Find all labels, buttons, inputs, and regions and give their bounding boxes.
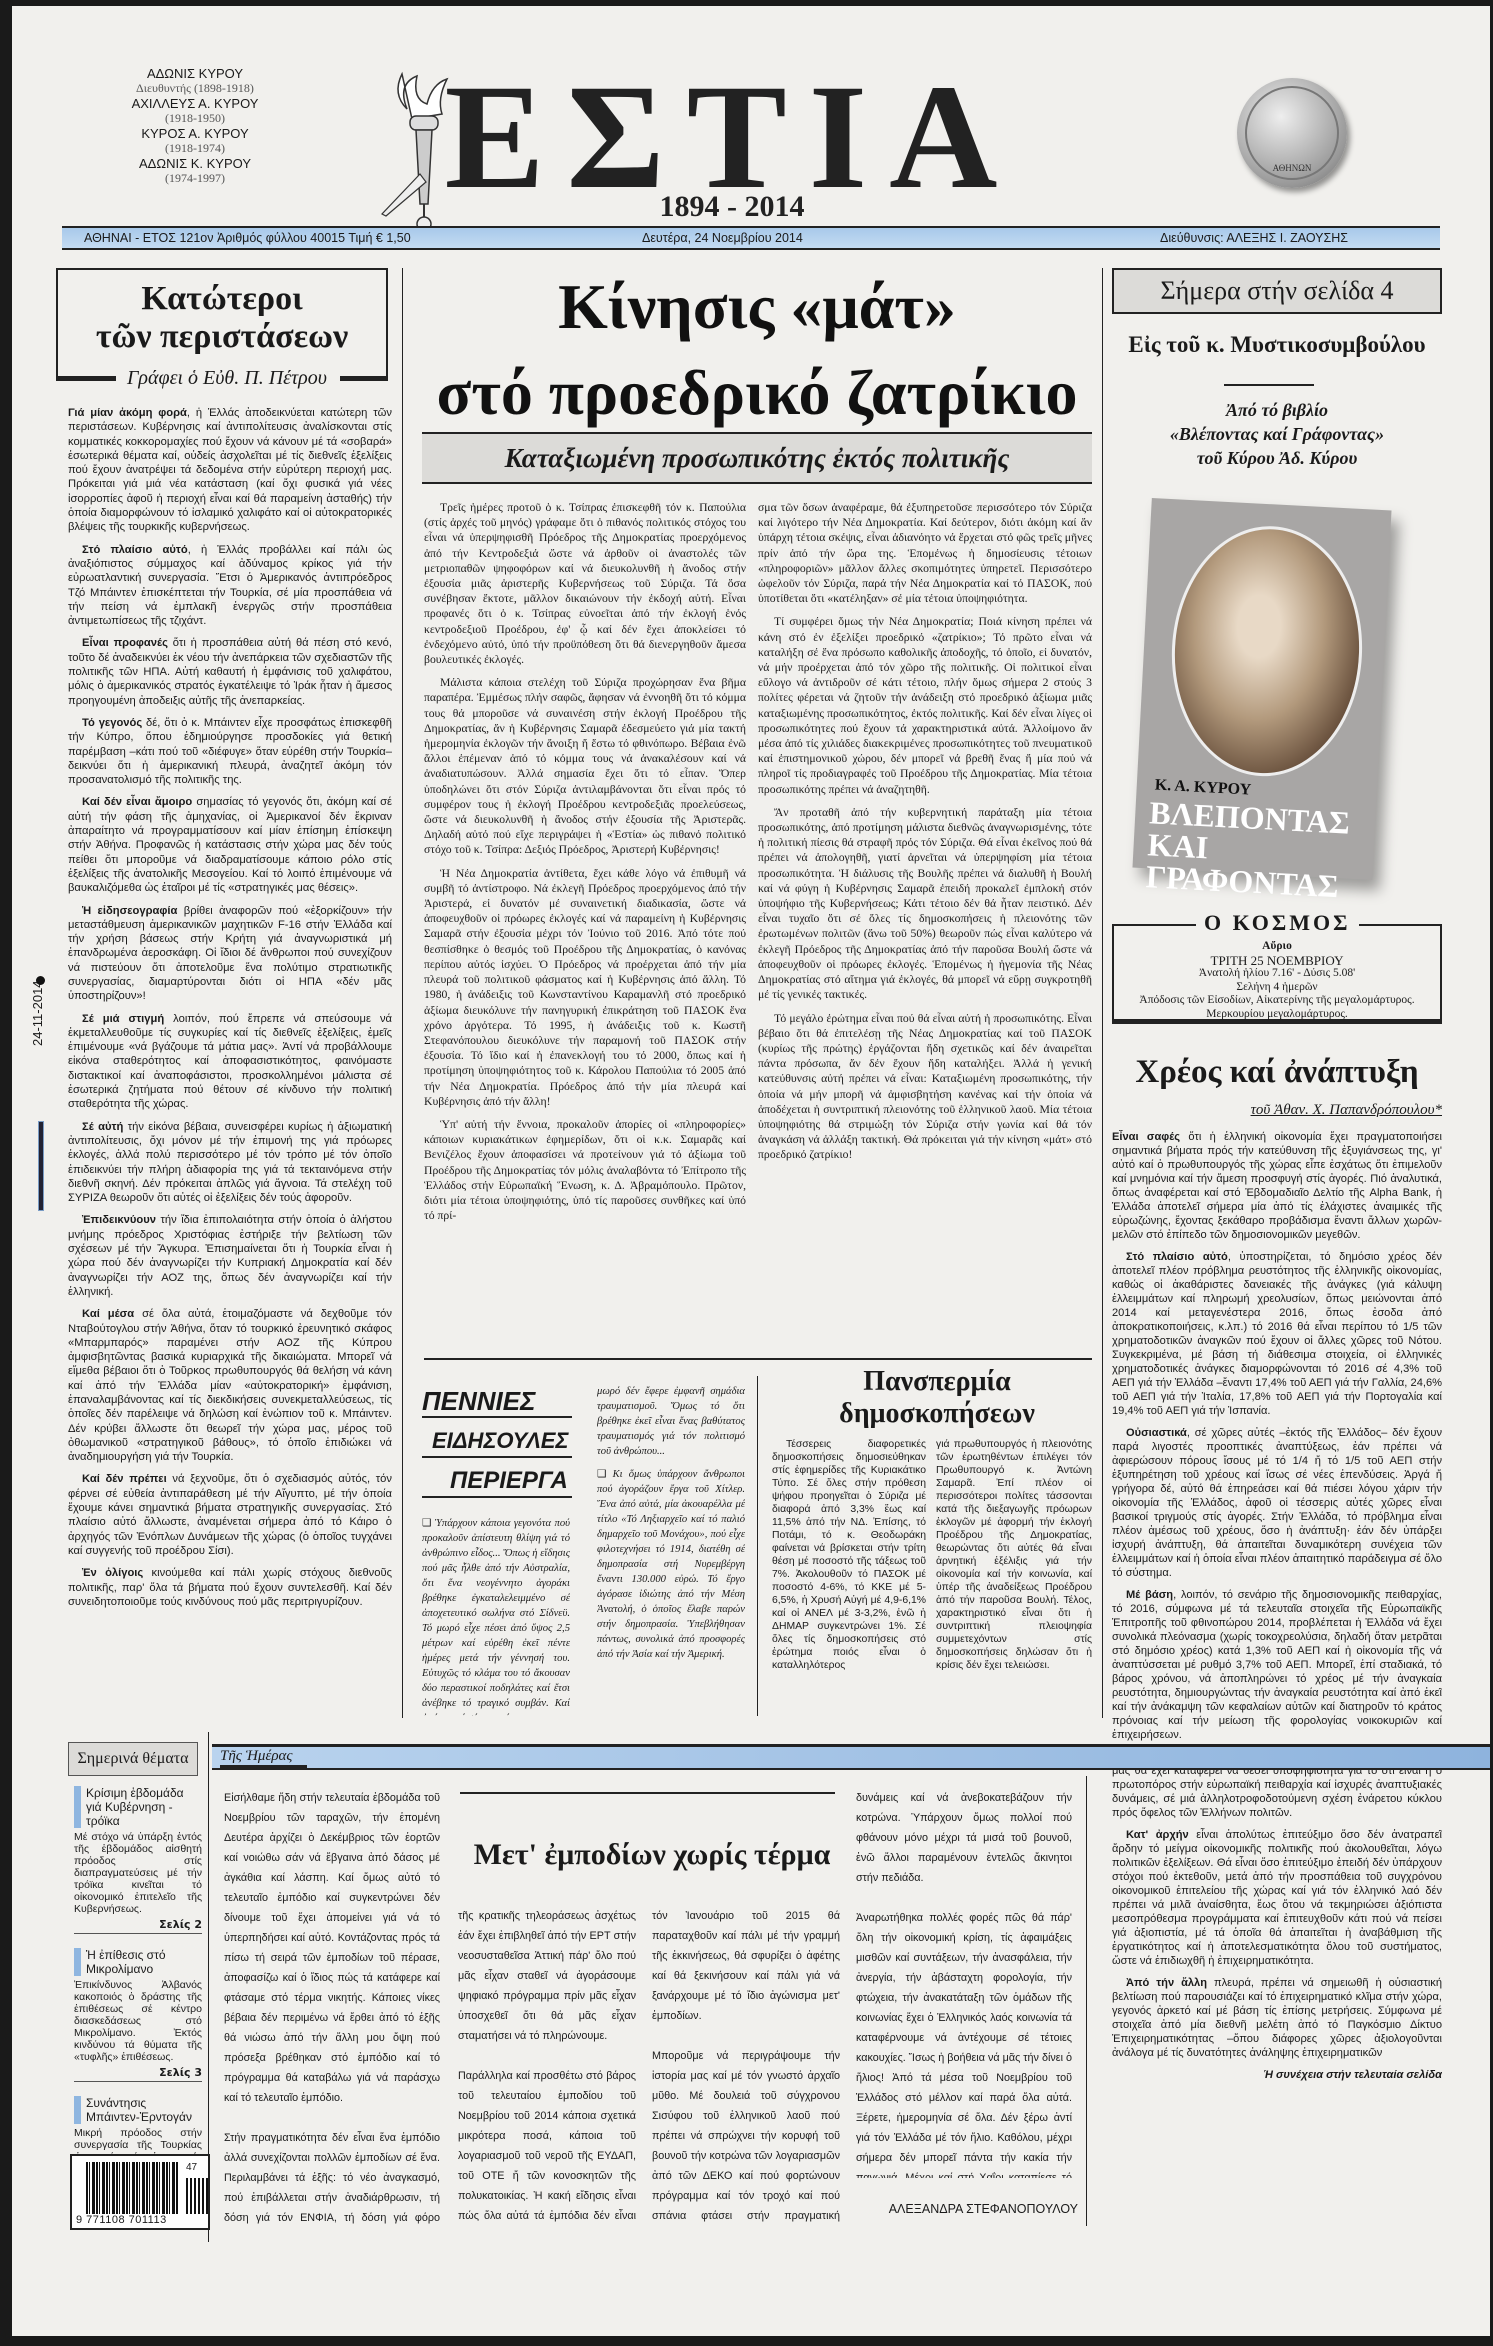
lead-subhead-band: Καταξιωμένη προσωπικότης ἐκτός πολιτικῆς	[422, 432, 1092, 484]
coin-emblem-icon: ΑΘΗΝΩΝ	[1237, 78, 1347, 188]
left-article-header: Κατώτεροι τῶν περιστάσεων	[56, 268, 388, 380]
founder-role: (1918-1974)	[100, 141, 290, 156]
left-article-byline: Γράφει ὁ Εὐθ. Π. Πέτρου	[122, 367, 332, 390]
tis-imeras-label: Τῆς Ἡμέρας	[220, 1748, 307, 1768]
kosmos-box: Ο ΚΟΣΜΟΣ Αὔριο ΤΡΙΤΗ 25 ΝΟΕΜΒΡΙΟΥ Ἀνατολ…	[1112, 924, 1442, 1024]
issue-date: Δευτέρα, 24 Νοεμβρίου 2014	[642, 231, 803, 245]
newspaper-page: ΑΔΩΝΙΣ ΚΥΡΟΥ Διευθυντής (1898-1918) ΑΧΙΛ…	[12, 6, 1490, 2336]
lead-headline: Κίνησις «μάτ» στό προεδρικό ζατρίκιο	[412, 264, 1102, 436]
barcode: 9 771108 701113 47	[70, 2154, 210, 2230]
barcode-bars	[86, 2162, 178, 2214]
coin-inscription: ΑΘΗΝΩΝ	[1273, 163, 1312, 173]
founder-name: ΑΧΙΛΛΕΥΣ Α. ΚΥΡΟΥ	[100, 96, 290, 111]
lead-subhead: Καταξιωμένη προσωπικότης ἐκτός πολιτικῆς	[422, 434, 1092, 482]
debt-byline: τοῦ Ἀθαν. Χ. Παπανδρόπουλου*	[1202, 1102, 1442, 1119]
lead-col-2: σμα τῶν ὅσων ἀναφέραμε, θά ἐξυπηρετοῦσε …	[758, 500, 1092, 1312]
continued-note: Ἡ συνέχεια στήν τελευταία σελίδα	[1112, 2068, 1442, 2082]
founder-name: ΑΔΩΝΙΣ Κ. ΚΥΡΟΥ	[100, 156, 290, 171]
portrait-painting	[1166, 521, 1369, 781]
director-name: Διεύθυνσις: ΑΛΕΞΗΣ Ι. ΖΑΟΥΣΗΣ	[1160, 231, 1348, 245]
pennies-col-2: μωρό δέν ἔφερε ἐμφανῆ σημάδια τραυματισμ…	[597, 1384, 745, 1714]
tis-imeras-col-2: τῆς κρατικῆς τηλεοράσεως ἀσχέτως ἐάν ἔχε…	[458, 1906, 636, 2226]
book-cover-image: Κ. Α. ΚΥΡΟΥ ΒΛΕΠΟΝΤΑΣ ΚΑΙ ΓΡΑΦΟΝΤΑΣ	[1132, 498, 1391, 880]
barcode-number: 9 771108 701113	[76, 2214, 167, 2226]
issue-info: ΑΘΗΝΑΙ - ΕΤΟΣ 121ον Ἀριθμός φύλλου 40015…	[84, 231, 411, 245]
founder-role: Διευθυντής (1898-1918)	[100, 81, 290, 96]
masthead-years: 1894 - 2014	[372, 190, 1092, 224]
founders-list: ΑΔΩΝΙΣ ΚΥΡΟΥ Διευθυντής (1898-1918) ΑΧΙΛ…	[100, 66, 290, 186]
sidebar-topic[interactable]: Κρίσιμη ἑβδομάδα γιά Κυβέρνηση - τρόϊκα …	[74, 1786, 202, 1934]
promo-head: Σήμερα στήν σελίδα 4	[1114, 270, 1440, 312]
lead-col-1: Τρεῖς ἡμέρες προτοῦ ὁ κ. Τσίπρας ἐπισκεφ…	[424, 500, 746, 1312]
pennies-col-1: ❑ Ὑπάρχουν κάποια γεγονότα πού προκαλοῦν…	[422, 1516, 570, 1716]
polls-col-1: Τέσσερεις διαφορετικές δημοσκοπήσεις δημ…	[772, 1438, 926, 1718]
tis-imeras-col-4: δυνάμεις καί νά ἀνεβοκατεβάζουν τήν κοτρ…	[856, 1788, 1072, 2178]
info-bar: ΑΘΗΝΑΙ - ΕΤΟΣ 121ον Ἀριθμός φύλλου 40015…	[62, 226, 1440, 250]
polls-headline: Πανσπερμία δημοσκοπήσεων	[772, 1366, 1102, 1430]
founder-name: ΑΔΩΝΙΣ ΚΥΡΟΥ	[100, 66, 290, 81]
kosmos-title: Ο ΚΟΣΜΟΣ	[1196, 910, 1359, 936]
tis-imeras-col-3: τόν Ἰανουάριο τοῦ 2015 θά παραταχθοῦν κα…	[652, 1906, 840, 2226]
masthead: ΕΣΤΙΑ 1894 - 2014	[372, 62, 1092, 212]
tis-imeras-signature: ΑΛΕΞΑΝΔΡΑ ΣΤΕΦΑΝΟΠΟΥΛΟΥ	[868, 2202, 1078, 2216]
tis-imeras-col-1: Εἰσήλθαμε ἤδη στήν τελευταία ἑβδομάδα το…	[224, 1788, 440, 2228]
left-article-body: Γιά μίαν ἀκόμη φορά, ἡ Ἑλλάς ἀποδεικνύετ…	[68, 406, 392, 1726]
promo-desc: Ἀπό τό βιβλίο «Βλέποντας καί Γράφοντας» …	[1112, 398, 1442, 470]
promo-title: Εἰς τοῦ κ. Μυστικοσυμβούλου	[1112, 332, 1442, 358]
bullet-dot	[36, 976, 45, 985]
promo-box: Σήμερα στήν σελίδα 4	[1112, 268, 1442, 314]
sidebar-topic[interactable]: Ἡ ἐπίθεσις στό Μικρολίμανο Ἐπικίνδυνος Ἀ…	[74, 1948, 202, 2082]
founder-name: ΚΥΡΟΣ Α. ΚΥΡΟΥ	[100, 126, 290, 141]
pennies-title: ΠΕΝΝΙΕΣ ΕΙΔΗΣΟΥΛΕΣ ΠΕΡΙΕΡΓΑ	[422, 1386, 572, 1498]
barcode-addon: 47	[186, 2162, 197, 2173]
tis-imeras-bar: Τῆς Ἡμέρας	[212, 1744, 1490, 1770]
founder-role: (1974-1997)	[100, 171, 290, 186]
tis-imeras-headline: Μετ' ἐμποδίων χωρίς τέρμα	[452, 1838, 852, 1872]
debt-title: Χρέος καί ἀνάπτυξη	[1112, 1054, 1442, 1091]
founder-role: (1918-1950)	[100, 111, 290, 126]
side-date: 24-11-2014	[30, 946, 45, 1046]
polls-col-2: γιά πρωθυπουργός ἡ πλειονότης τῶν ἐρωτηθ…	[936, 1438, 1092, 1718]
debt-body: Εἶναι σαφές ὅτι ἡ ἑλληνική οἰκονομία ἔχε…	[1112, 1130, 1442, 2230]
left-article-title: Κατώτεροι τῶν περιστάσεων	[58, 280, 386, 356]
side-marker	[38, 1121, 44, 1211]
sidebar-header: Σημερινά θέματα	[68, 1742, 198, 1776]
